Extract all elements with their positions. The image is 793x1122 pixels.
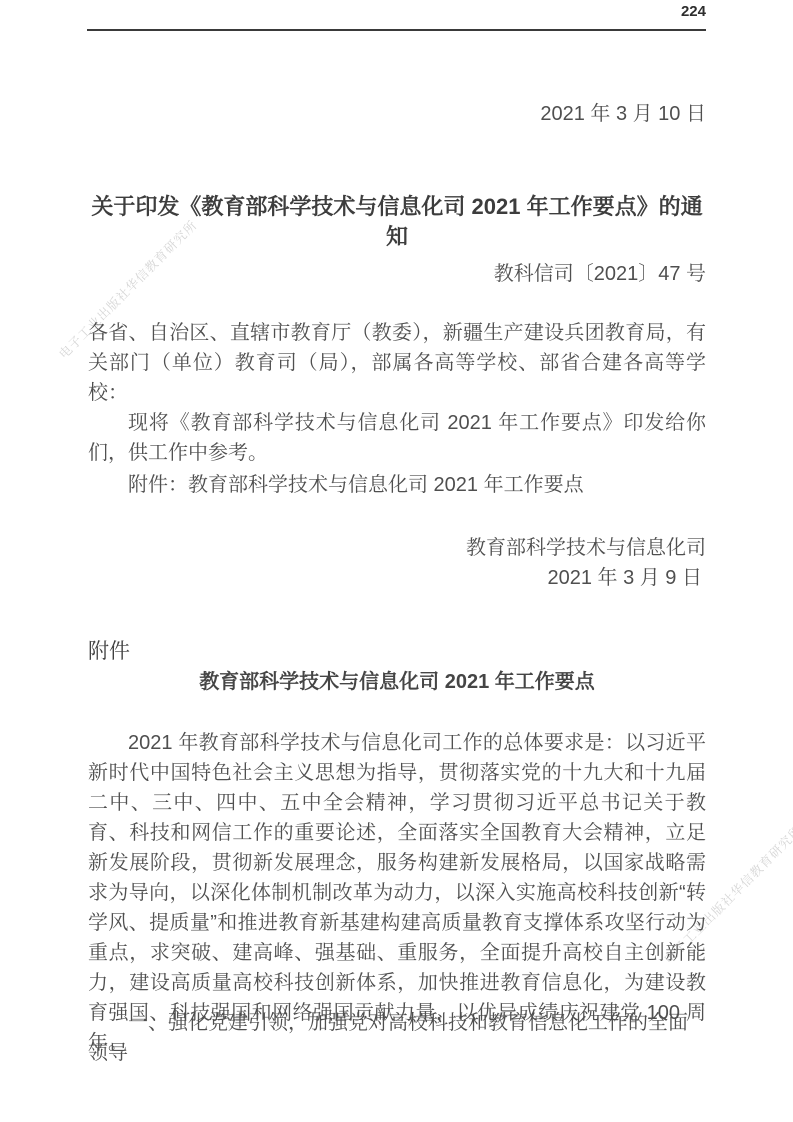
section-one-heading: 一、强化党建引领，加强党对高校科技和教育信息化工作的全面领导: [88, 1008, 706, 1068]
page-number: 224: [681, 3, 706, 20]
signing-department: 教育部科学技术与信息化司: [88, 533, 706, 563]
attachment-title: 教育部科学技术与信息化司 2021 年工作要点: [88, 667, 706, 697]
document-number: 教科信司〔2021〕47 号: [88, 259, 706, 289]
addressees-paragraph: 各省、自治区、直辖市教育厅（教委），新疆生产建设兵团教育局，有关部门（单位）教育…: [88, 318, 706, 408]
signing-date: 2021 年 3 月 9 日: [88, 563, 706, 593]
attachment-reference-line: 附件：教育部科学技术与信息化司 2021 年工作要点: [88, 470, 706, 500]
attachment-label: 附件: [88, 637, 706, 667]
document-page: 电子工业出版社华信教育研究所 电子工业出版社华信教育研究所 224 2021 年…: [0, 0, 793, 1122]
issue-date: 2021 年 3 月 10 日: [88, 99, 706, 129]
letter-body-paragraph: 现将《教育部科学技术与信息化司 2021 年工作要点》印发给你们，供工作中参考。: [88, 408, 706, 468]
header-rule: [87, 29, 706, 31]
notice-title: 关于印发《教育部科学技术与信息化司 2021 年工作要点》的通知: [88, 192, 706, 252]
